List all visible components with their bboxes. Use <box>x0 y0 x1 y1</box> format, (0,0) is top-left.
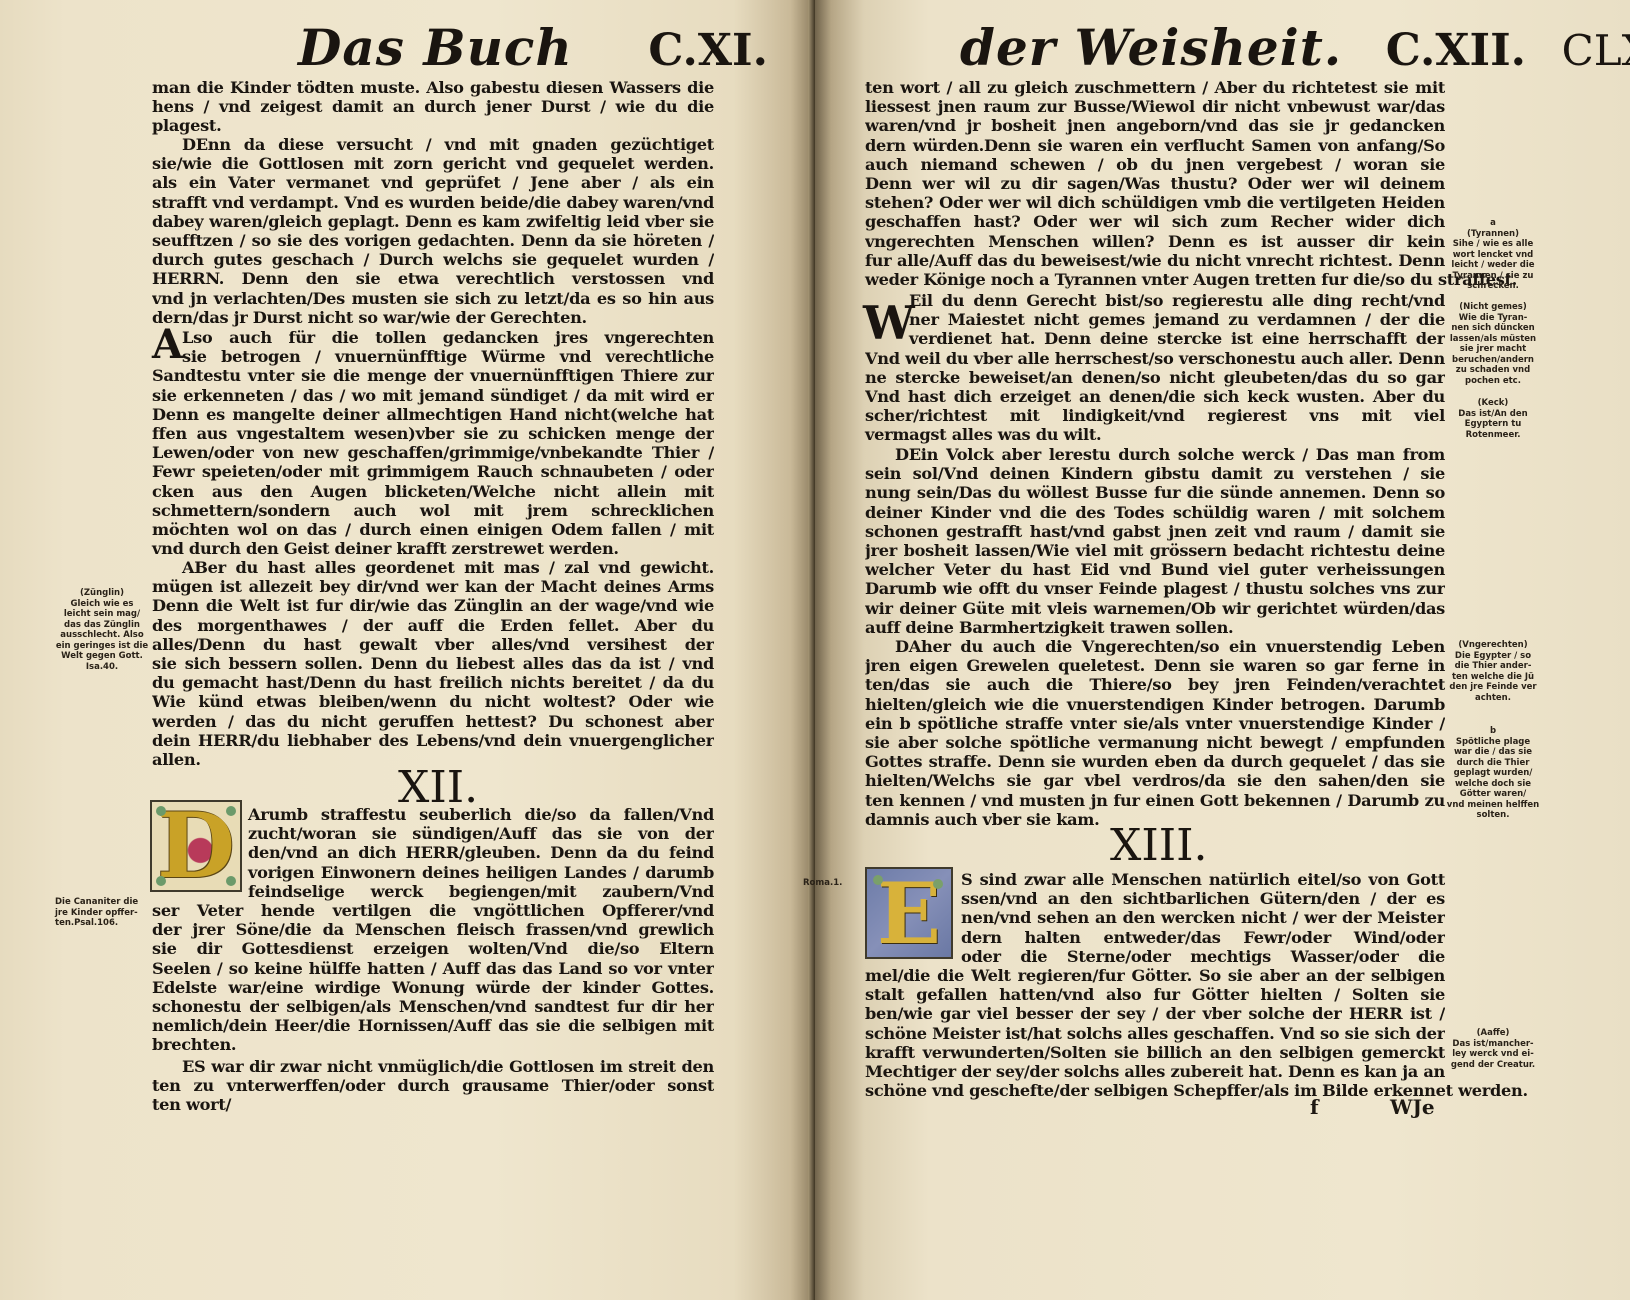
gloss-line: a <box>1443 218 1543 229</box>
gloss-line: Das ist/An den <box>1443 409 1543 420</box>
text-line: Seelen / so keine hülffe hatten / Auff d… <box>152 959 714 978</box>
text-line: ne stercke beweiset/an denen/so nicht gl… <box>865 368 1445 387</box>
text-line: sie dir Gottesdienst erzeigen wolten/Vnd… <box>152 939 714 958</box>
text-line: Denn wer wil zu dir sagen/Was thustu? Od… <box>865 174 1445 193</box>
text-line: jrer bosheit lassen/Wie viel mit grösser… <box>865 541 1445 560</box>
text-line: auch niemand schewen / ob du jnen vergeb… <box>865 155 1445 174</box>
text-line: DAher du auch die Vngerechten/so ein vnu… <box>865 637 1445 656</box>
right-page: der Weisheit. C.XII. CLXIX. ten wort / a… <box>815 0 1630 1300</box>
paragraph-daher: DAher du auch die Vngerechten/so ein vnu… <box>865 637 1445 829</box>
gloss-line: Das ist/mancher- <box>1443 1039 1543 1050</box>
text-line: brechten. <box>152 1035 714 1054</box>
gloss-line: Roma.1. <box>803 878 863 889</box>
text-line: stalt gefallen hatten/vnd also fur Götte… <box>865 985 1445 1004</box>
text-line: Vnd weil du vber alle herrschest/so vers… <box>865 349 1445 368</box>
margin-gloss-zunglin: (Zünglin)Gleich wie esleicht sein mag/da… <box>52 588 152 672</box>
text-line: plagest. <box>152 116 714 135</box>
text-line: du gemacht hast/Denn du hast freilich ni… <box>152 673 714 692</box>
chapter-xiii-text: S sind zwar alle Menschen natürlich eite… <box>865 870 1445 1100</box>
gloss-line: lassen/als müsten <box>1443 334 1543 345</box>
signature-mark: f <box>1310 1095 1319 1119</box>
text-line: dern halten entweder/das Fewr/oder Wind/… <box>865 928 1445 947</box>
text-line: Denn die Welt ist fur dir/wie das Züngli… <box>152 596 714 615</box>
gloss-line: vnd meinen helffen <box>1443 800 1543 811</box>
gloss-line: Wie die Tyran- <box>1443 313 1543 324</box>
text-line: Edelste war/eine wirdige Wonung würde de… <box>152 978 714 997</box>
gloss-line: ley werck vnd ei- <box>1443 1049 1543 1060</box>
text-line: sie aber solche spötliche vermanung nich… <box>865 733 1445 752</box>
text-line: vngerechten Menschen willen? Denn es ist… <box>865 232 1445 251</box>
text-line: oder die Sterne/oder mechtigs Wasser/ode… <box>865 947 1445 966</box>
gloss-line: Sihe / wie es alle <box>1443 239 1543 250</box>
text-line: ten/das sie auch die Thiere/so bey jren … <box>865 675 1445 694</box>
gloss-line: (Zünglin) <box>52 588 152 599</box>
text-line: durch gutes geschach / Durch welchs sie … <box>152 250 714 269</box>
running-head-chapter: C.XII. <box>1386 25 1526 76</box>
text-line: S sind zwar alle Menschen natürlich eite… <box>865 870 1445 889</box>
paragraph-weil: Eil du denn Gerecht bist/so regierestu a… <box>865 291 1445 445</box>
paragraph-aber: ABer du hast alles geordenet mit mas / z… <box>152 558 714 769</box>
margin-gloss-keck: (Keck)Das ist/An denEgyptern tuRotenmeer… <box>1443 398 1543 440</box>
left-running-head: Das Buch C.XI. <box>298 18 768 77</box>
gloss-line: nen sich düncken <box>1443 323 1543 334</box>
text-line: waren/vnd jr bosheit jnen angeborn/vnd d… <box>865 116 1445 135</box>
gloss-line: ausschlecht. Also <box>52 630 152 641</box>
right-running-head: der Weisheit. C.XII. CLXIX. <box>960 18 1630 77</box>
running-head-chapter: C.XI. <box>648 25 768 76</box>
book-spread: Das Buch C.XI. man die Kinder tödten mus… <box>0 0 1630 1300</box>
text-line: auff deine Barmhertzigkeit trawen sollen… <box>865 618 1445 637</box>
text-line: nen/vnd sehen an den wercken nicht / wer… <box>865 908 1445 927</box>
gloss-line: jre Kinder opffer- <box>55 908 147 919</box>
margin-gloss-spotliche: bSpötliche plagewar die / das siedurch d… <box>1443 726 1543 821</box>
text-line: als ein Vater vermanet vnd geprüfet / Je… <box>152 173 714 192</box>
text-line: ben/wie gar viel besser der sey / der vb… <box>865 1004 1445 1023</box>
gloss-line: Die Cananiter die <box>55 897 147 908</box>
text-line: vnd jn verlachten/Des musten sie sich zu… <box>152 289 714 308</box>
margin-gloss-nicht-gemes: (Nicht gemes)Wie die Tyran-nen sich dünc… <box>1443 302 1543 386</box>
gloss-line: welche doch sie <box>1443 779 1543 790</box>
folio-number: CLXIX. <box>1562 26 1630 75</box>
gloss-line: den jre Feinde ver <box>1443 682 1543 693</box>
text-line: ner Maiestet nicht gemes jemand zu verda… <box>865 310 1445 329</box>
text-line: ten kennen / vnd musten jn fur einen Got… <box>865 791 1445 810</box>
text-line: dabey waren/gleich geplagt. Denn es kam … <box>152 212 714 231</box>
gloss-line: geplagt wurden/ <box>1443 768 1543 779</box>
margin-gloss-cananiter: Die Cananiter diejre Kinder opffer-ten.P… <box>55 897 147 929</box>
gloss-line: Die Egypter / so <box>1443 651 1543 662</box>
text-line: Darumb wie offt du vnser Feinde plagest … <box>865 579 1445 598</box>
gloss-line: solten. <box>1443 810 1543 821</box>
gloss-line: beruchen/andern <box>1443 355 1543 366</box>
gloss-line: Spötliche plage <box>1443 737 1543 748</box>
text-line: dern/das jr Durst nicht so war/wie der G… <box>152 308 714 327</box>
text-line: Mechtiger der sey/der solchs alles zuber… <box>865 1062 1445 1081</box>
text-line: Lso auch für die tollen gedancken jres v… <box>152 328 714 347</box>
text-line: ssen/vnd an den sichtbarlichen Gütern/de… <box>865 889 1445 908</box>
text-line: Wie künd etwas bleiben/wenn du nicht wol… <box>152 692 714 711</box>
text-line: geschaffen hast? Oder wer wil sich zum R… <box>865 212 1445 231</box>
text-line: welcher Veter du hast Eid vnd Bund viel … <box>865 560 1445 579</box>
text-line: des morgenthawes / der auff die Erden fe… <box>152 616 714 635</box>
gloss-line: Isa.40. <box>52 662 152 673</box>
running-head-title: Das Buch <box>298 18 573 77</box>
text-line: Fewr speieten/oder mit grimmigem Rauch s… <box>152 462 714 481</box>
gloss-line: Welt gegen Gott. <box>52 651 152 662</box>
paragraph-also: Lso auch für die tollen gedancken jres v… <box>152 328 714 558</box>
text-line: sie sich bessern sollen. Denn du liebest… <box>152 654 714 673</box>
chapter-heading-xiii: XIII. <box>1110 820 1207 871</box>
paragraph-denn: DEnn da diese versucht / vnd mit gnaden … <box>152 135 714 327</box>
gloss-line: die Thier ander- <box>1443 661 1543 672</box>
text-line: schöne vnd geschefte/der selbigen Schepf… <box>865 1081 1445 1100</box>
left-page: Das Buch C.XI. man die Kinder tödten mus… <box>0 0 815 1300</box>
text-line: deiner Kinder vnd die des Todes schüldig… <box>865 503 1445 522</box>
gloss-line: leicht sein mag/ <box>52 609 152 620</box>
gloss-line: durch die Thier <box>1443 758 1543 769</box>
text-line: wir deiner Güte mit vleis warnemen/Ob wi… <box>865 599 1445 618</box>
text-line: Gottes straffe. Denn sie wurden eben da … <box>865 752 1445 771</box>
text-line: hens / vnd zeigest damit an durch jener … <box>152 97 714 116</box>
text-block-chapter-xi-continued: man die Kinder tödten muste. Also gabest… <box>152 78 714 136</box>
gloss-line: pochen etc. <box>1443 376 1543 387</box>
text-line: werden / das du nicht geruffen hettest? … <box>152 712 714 731</box>
paragraph-es-war: ES war dir zwar nicht vnmüglich/die Gott… <box>152 1057 714 1115</box>
text-line: fur alle/Auff das du beweisest/wie du ni… <box>865 251 1445 270</box>
gloss-line: ten.Psal.106. <box>55 918 147 929</box>
gloss-line: Rotenmeer. <box>1443 430 1543 441</box>
gloss-line: ein geringes ist die <box>52 641 152 652</box>
text-line: alles/Denn du hast gewalt vber alles/vnd… <box>152 635 714 654</box>
gloss-line: (Aaffe) <box>1443 1028 1543 1039</box>
text-line: verdienet hat. Denn deine stercke ist ei… <box>865 329 1445 348</box>
text-block-continued: ten wort / all zu gleich zuschmettern / … <box>865 78 1445 289</box>
text-line: ABer du hast alles geordenet mit mas / z… <box>152 558 714 577</box>
margin-gloss-vngerechten: (Vngerechten)Die Egypter / sodie Thier a… <box>1443 640 1543 703</box>
margin-gloss-tyrannen: a(Tyrannen)Sihe / wie es allewort lencke… <box>1443 218 1543 292</box>
text-line: ten zu vnterwerffen/oder durch grausame … <box>152 1076 714 1095</box>
text-line: ten wort/ <box>152 1095 714 1114</box>
text-line: möchten wol on das / durch einen einigen… <box>152 520 714 539</box>
gloss-line: b <box>1443 726 1543 737</box>
text-line: zucht/woran sie sündigen/Auff das sie vo… <box>152 824 714 843</box>
text-line: ein b spötliche straffe vnter sie/als vn… <box>865 714 1445 733</box>
text-line: strafft vnd verdampt. Vnd es wurden beid… <box>152 193 714 212</box>
gloss-line: schrecken. <box>1443 281 1543 292</box>
text-line: Lewen/oder von new geschaffen/grimmige/v… <box>152 443 714 462</box>
gloss-line: (Nicht gemes) <box>1443 302 1543 313</box>
text-line: cken aus den Augen blicketen/Welche nich… <box>152 482 714 501</box>
text-line: schmettern/sondern auch wol mit jrem sch… <box>152 501 714 520</box>
text-line: Sandtestu vnter sie die menge der vnuern… <box>152 366 714 385</box>
text-line: Vnd hast dich erzeiget an denen/die sich… <box>865 387 1445 406</box>
text-line: sein sol/Vnd deinen Kindern gibstu damit… <box>865 464 1445 483</box>
paragraph-dein-volck: DEin Volck aber lerestu durch solche wer… <box>865 445 1445 637</box>
text-line: DEin Volck aber lerestu durch solche wer… <box>865 445 1445 464</box>
text-line: jren eigen Grewelen queletest. Denn sie … <box>865 656 1445 675</box>
text-line: weder Könige noch a Tyrannen vnter Augen… <box>865 270 1445 289</box>
text-line: mel/die die Welt regieren/fur Götter. So… <box>865 966 1445 985</box>
text-line: seufftzen / so sie des vorigen gedachten… <box>152 231 714 250</box>
text-line: feindselige werck begiengen/mit zaubern/… <box>152 882 714 901</box>
text-line: den/vnd an dich HERR/gleuben. Denn da du… <box>152 843 714 862</box>
text-line: dein HERR/du liebhaber des Lebens/vnd de… <box>152 731 714 750</box>
text-line: Denn es mangelte deiner allmechtigen Han… <box>152 405 714 424</box>
gloss-line: sie jrer macht <box>1443 344 1543 355</box>
text-line: stehen? Oder wer wil dich schüldigen vmb… <box>865 193 1445 212</box>
catchword: WJe <box>1390 1095 1435 1119</box>
gloss-line: ten welche die Jü <box>1443 672 1543 683</box>
gloss-line: (Vngerechten) <box>1443 640 1543 651</box>
gloss-line: Tyrannen / sie zu <box>1443 271 1543 282</box>
text-line: sie betrogen / vnuernünfftige Würme vnd … <box>152 347 714 366</box>
text-line: ES war dir zwar nicht vnmüglich/die Gott… <box>152 1057 714 1076</box>
running-head-title: der Weisheit. <box>960 18 1342 77</box>
gloss-line: achten. <box>1443 693 1543 704</box>
gloss-line: leicht / weder die <box>1443 260 1543 271</box>
gloss-line: (Keck) <box>1443 398 1543 409</box>
gloss-line: zu schaden vnd <box>1443 365 1543 376</box>
text-line: sie erkenneten / das / wo mit jemand sün… <box>152 386 714 405</box>
text-line: Arumb straffestu seuberlich die/so da fa… <box>152 805 714 824</box>
gloss-line: (Tyrannen) <box>1443 229 1543 240</box>
text-line: nung sein/Das du wöllest Busse fur die s… <box>865 483 1445 502</box>
text-line: hielten/gleich wie die vnuerstendigen Ki… <box>865 695 1445 714</box>
gloss-line: Götter waren/ <box>1443 789 1543 800</box>
text-line: ten wort / all zu gleich zuschmettern / … <box>865 78 1445 97</box>
text-line: DEnn da diese versucht / vnd mit gnaden … <box>152 135 714 154</box>
gloss-line: das das Zünglin <box>52 620 152 631</box>
text-line: ser Veter hende vertilgen die vngöttlich… <box>152 901 714 920</box>
text-line: mügen ist allezeit bey dir/vnd wer kan d… <box>152 577 714 596</box>
chapter-xii-text: Arumb straffestu seuberlich die/so da fa… <box>152 805 714 1054</box>
margin-gloss-aaffe: (Aaffe)Das ist/mancher-ley werck vnd ei-… <box>1443 1028 1543 1070</box>
text-line: Eil du denn Gerecht bist/so regierestu a… <box>865 291 1445 310</box>
text-line: schöne Meister ist/hat solchs alles gesc… <box>865 1024 1445 1043</box>
text-line: der jrer Söne/die da Menschen fleisch fr… <box>152 920 714 939</box>
text-line: nemlich/dein Heer/die Hornissen/Auff das… <box>152 1016 714 1035</box>
text-line: schonen gestrafft hast/vnd gabst jnen ze… <box>865 522 1445 541</box>
gloss-line: Gleich wie es <box>52 599 152 610</box>
text-line: liessest jnen raum zur Busse/Wiewol dir … <box>865 97 1445 116</box>
text-line: krafft verwunderten/Solten sie billich a… <box>865 1043 1445 1062</box>
gloss-line: wort lencket vnd <box>1443 250 1543 261</box>
text-line: dern würden.Denn sie waren ein verflucht… <box>865 136 1445 155</box>
text-line: schonestu der selbigen/als Menschen/vnd … <box>152 997 714 1016</box>
margin-gloss-roma: Roma.1. <box>803 878 863 889</box>
text-line: ffen aus vngestaltem wesen)vber sie zu s… <box>152 424 714 443</box>
text-line: vermagst alles was du wilt. <box>865 425 1445 444</box>
text-line: scher/richtest mit lindigkeit/vnd regier… <box>865 406 1445 425</box>
gloss-line: war die / das sie <box>1443 747 1543 758</box>
text-line: vorigen Einwonern deines heiligen Landes… <box>152 863 714 882</box>
text-line: HERRN. Denn den sie etwa verechtlich ver… <box>152 269 714 288</box>
gloss-line: Egyptern tu <box>1443 419 1543 430</box>
gloss-line: gend der Creatur. <box>1443 1060 1543 1071</box>
text-line: hielten/Welchs sie gar vbel verdros/da s… <box>865 771 1445 790</box>
text-line: man die Kinder tödten muste. Also gabest… <box>152 78 714 97</box>
text-line: vnd durch den Geist deiner krafft zerstr… <box>152 539 714 558</box>
text-line: sie/wie die Gottlosen mit zorn gericht v… <box>152 154 714 173</box>
